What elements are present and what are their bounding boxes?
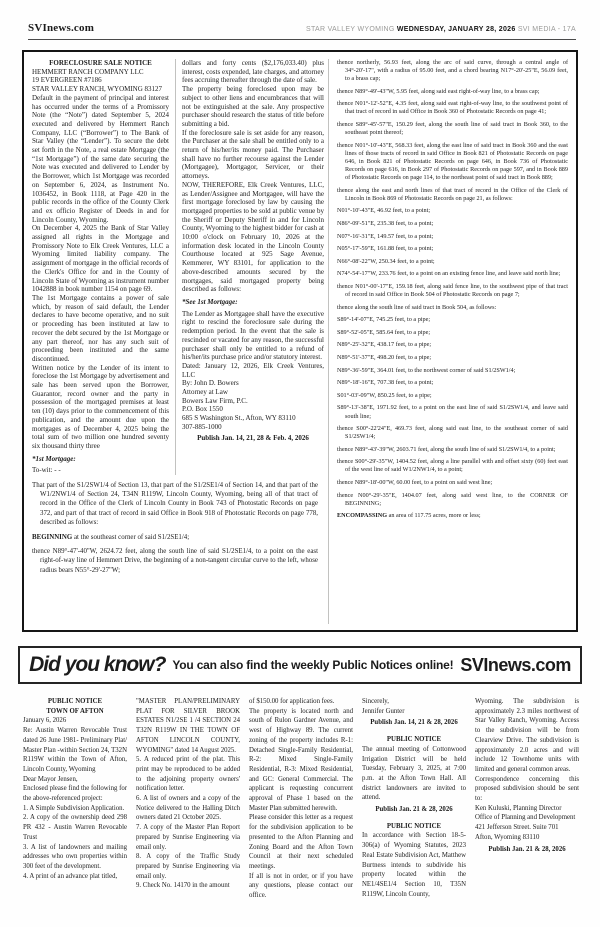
paragraph: Publish Jan. 14, 21 & 28, 2026	[362, 718, 466, 728]
paragraph: thence N89°-47'-40"W, 2624.72 feet, alon…	[32, 547, 318, 575]
banner-message: You can also find the weekly Public Noti…	[172, 658, 453, 672]
paragraph: N07°-16'-31"E, 149.57 feet, to a point;	[337, 233, 568, 241]
paragraph: 6. A list of owners and a copy of the No…	[136, 794, 240, 823]
paragraph: thence N00°-29'-35"E, 1404.07 feet, alon…	[337, 492, 568, 508]
paragraph: thence S00°-22'24"E, 469.73 feet, along …	[337, 425, 568, 441]
paragraph: thence N01°-00'-17"E, 159.18 feet, along…	[337, 283, 568, 299]
issue-location: STAR VALLEY WYOMING	[306, 26, 395, 33]
paragraph: HEMMERT RANCH COMPANY LLC	[32, 68, 169, 77]
paragraph: BEGINNING at the southeast corner of sai…	[32, 533, 318, 542]
paragraph: thence N01°-12'-52"E, 4.35 feet, along s…	[337, 100, 568, 116]
paragraph: Publish Jan. 14, 21, 28 & Feb. 4, 2026	[182, 434, 324, 443]
paragraph: The property is located north and south …	[249, 707, 353, 814]
paragraph: 9. Check No. 14170 in the amount	[136, 881, 240, 891]
paragraph: If the foreclosure sale is set aside for…	[182, 129, 324, 181]
paragraph: FORECLOSURE SALE NOTICE	[32, 59, 169, 68]
page-header: SVInews.com STAR VALLEY WYOMING WEDNESDA…	[28, 22, 576, 40]
paragraph: N66°-08'-22"W, 250.34 feet, to a point;	[337, 258, 568, 266]
paragraph: Afton, Wyoming 83110	[475, 833, 579, 843]
paragraph: N89°-51'-37"E, 498.20 feet, to a pipe;	[337, 354, 568, 362]
paragraph: Jennifer Gunter	[362, 707, 466, 717]
paragraph: 307-885-1000	[182, 423, 324, 432]
paragraph: thence N89°-49'-43"W, 5.95 feet, along s…	[337, 88, 568, 96]
public-notices-section: PUBLIC NOTICETOWN OF AFTONJanuary 6, 202…	[23, 697, 579, 919]
paragraph: thence along the south line of said trac…	[337, 304, 568, 312]
notice-two-columns: FORECLOSURE SALE NOTICEHEMMERT RANCH COM…	[32, 59, 324, 475]
notice-column-1: FORECLOSURE SALE NOTICEHEMMERT RANCH COM…	[32, 59, 175, 475]
paragraph: Default in the payment of principal and …	[32, 94, 169, 225]
paragraph: P.O. Box 1550	[182, 405, 324, 414]
foreclosure-notice-box: FORECLOSURE SALE NOTICEHEMMERT RANCH COM…	[22, 50, 578, 632]
paragraph: To-wit: - -	[32, 466, 169, 475]
paragraph: 19 EVERGREEN #7186	[32, 76, 169, 85]
paragraph: Enclosed please find the following for t…	[23, 784, 127, 803]
paragraph: *1st Mortgage:	[32, 455, 169, 464]
newspaper-page: SVInews.com STAR VALLEY WYOMING WEDNESDA…	[0, 0, 600, 927]
public-notice-column-1: PUBLIC NOTICETOWN OF AFTONJanuary 6, 202…	[23, 697, 127, 919]
paragraph: N89°-18'-16"E, 707.38 feet, to a point;	[337, 379, 568, 387]
paragraph: The Lender as Mortgagee shall have the e…	[182, 310, 324, 362]
paragraph: thence along the east and north lines of…	[337, 187, 568, 203]
paragraph: Dear Mayor Jensen,	[23, 775, 127, 785]
paragraph: thence northerly, 56.93 feet, along the …	[337, 59, 568, 83]
paragraph: N05°-17'-59"E, 161.88 feet, to a point;	[337, 245, 568, 253]
paragraph: 8. A copy of the Traffic Study prepared …	[136, 852, 240, 881]
paragraph: dollars and forty cents ($2,176,033.40) …	[182, 59, 324, 85]
paragraph: If all is not in order, or if you have a…	[249, 872, 353, 901]
paragraph: N74°-54'-17"W, 233.76 feet, to a point o…	[337, 270, 568, 278]
issue-edition: SVI MEDIA - 17A	[518, 26, 576, 33]
paragraph: thence S00°-29'-35"W, 1404.52 feet, alon…	[337, 458, 568, 474]
paragraph: thence N89°-18'-00"W, 60.00 feet, to a p…	[337, 479, 568, 487]
paragraph: Bowers Law Firm, P.C.	[182, 397, 324, 406]
paragraph: That part of the S1/2SW1/4 of Section 13…	[32, 481, 318, 527]
issue-date: WEDNESDAY, JANUARY 28, 2026	[397, 26, 516, 33]
notice-legal-description: That part of the S1/2SW1/4 of Section 13…	[32, 475, 324, 580]
paragraph: In accordance with Section 18-5-306(a) o…	[362, 831, 466, 899]
paragraph: PUBLIC NOTICE	[362, 822, 466, 832]
paragraph: Publish Jan. 21 & 28, 2026	[475, 845, 579, 855]
paragraph: Correspondence concerning this proposed …	[475, 775, 579, 804]
paragraph: The property being foreclosed upon may b…	[182, 85, 324, 129]
paragraph: of $150.00 for application fees.	[249, 697, 353, 707]
paragraph: 5. A reduced print of the plat. This pri…	[136, 755, 240, 794]
paragraph: *See 1st Mortgage:	[182, 298, 324, 307]
public-notice-column-3: of $150.00 for application fees.The prop…	[249, 697, 353, 919]
paragraph: S89°-13'-38"E, 1971.92 feet, to a point …	[337, 404, 568, 420]
paragraph: Re: Austin Warren Revocable Trust dated …	[23, 726, 127, 775]
paragraph: Attorney at Law	[182, 388, 324, 397]
paragraph: Sincerely,	[362, 697, 466, 707]
paragraph: 1. A Simple Subdivision Application.	[23, 804, 127, 814]
paragraph: On December 4, 2025 the Bank of Star Val…	[32, 224, 169, 294]
paragraph: N01°-10'-43"E, 46.92 feet, to a point;	[337, 207, 568, 215]
paragraph: Publish Jan. 21 & 28, 2026	[362, 805, 466, 815]
paragraph: STAR VALLEY RANCH, WYOMING 83127	[32, 85, 169, 94]
paragraph: NOW, THEREFORE, Elk Creek Ventures, LLC,…	[182, 181, 324, 294]
notice-left-area: FORECLOSURE SALE NOTICEHEMMERT RANCH COM…	[32, 59, 324, 624]
paragraph: N89°-25'-32"E, 438.17 feet, to a pipe;	[337, 341, 568, 349]
paragraph: S01°-03'-09"W, 850.25 feet, to a pipe;	[337, 392, 568, 400]
paragraph: thence S89°-45'-57"E, 150.29 feet, along…	[337, 121, 568, 137]
paragraph: The annual meeting of Cottonwood Irrigat…	[362, 745, 466, 803]
public-notice-column-5: Wyoming. The subdivision is approximatel…	[475, 697, 579, 919]
paragraph: Office of Planning and Development	[475, 813, 579, 823]
did-you-know-banner: Did you know? You can also find the week…	[18, 646, 582, 684]
paragraph: Please consider this letter as a request…	[249, 813, 353, 871]
paragraph: 685 S Washington St., Afton, WY 83110	[182, 414, 324, 423]
notice-column-3: thence northerly, 56.93 feet, along the …	[328, 59, 568, 624]
paragraph: Written notice by the Lender of its inte…	[32, 364, 169, 451]
paragraph: TOWN OF AFTON	[23, 707, 127, 717]
paragraph: thence N89°-43'-39"W, 2603.71 feet, alon…	[337, 446, 568, 454]
paragraph: 3. A list of landowners and mailing addr…	[23, 843, 127, 872]
paragraph: Wyoming. The subdivision is approximatel…	[475, 697, 579, 775]
paragraph: January 6, 2026	[23, 716, 127, 726]
paragraph: N86°-09'-51"E, 235.38 feet, to a point;	[337, 220, 568, 228]
paragraph: thence N01°-10'-43"E, 568.33 feet, along…	[337, 142, 568, 182]
paragraph: "MASTER PLAN/PRELIMINARY PLAT FOR SILVER…	[136, 697, 240, 755]
paragraph: ENCOMPASSING an area of 117.75 acres, mo…	[337, 512, 568, 520]
banner-site-name: SVInews.com	[460, 655, 571, 676]
notice-column-2: dollars and forty cents ($2,176,033.40) …	[175, 59, 324, 475]
paragraph: PUBLIC NOTICE	[362, 735, 466, 745]
paragraph: N89°-36'-59"E, 364.01 feet, to the north…	[337, 367, 568, 375]
paragraph: 7. A copy of the Master Plan Report prep…	[136, 823, 240, 852]
paragraph: Dated: January 12, 2026, Elk Creek Ventu…	[182, 362, 324, 379]
paragraph: Ken Kuluski, Planning Director	[475, 804, 579, 814]
paragraph: S89°-52'-05"E, 585.64 feet, to a pipe;	[337, 329, 568, 337]
paragraph: PUBLIC NOTICE	[23, 697, 127, 707]
paragraph: The 1st Mortgage contains a power of sal…	[32, 294, 169, 364]
public-notice-column-2: "MASTER PLAN/PRELIMINARY PLAT FOR SILVER…	[136, 697, 240, 919]
paragraph: 4. A print of an advance plat titled,	[23, 872, 127, 882]
paragraph: 421 Jefferson Street. Suite 701	[475, 823, 579, 833]
paragraph: 2. A copy of the ownership deed 298 PR 4…	[23, 813, 127, 842]
public-notice-column-4: Sincerely,Jennifer GunterPublish Jan. 14…	[362, 697, 466, 919]
site-name: SVInews.com	[28, 22, 94, 34]
paragraph: S89°-14'-07"E, 745.25 feet, to a pipe;	[337, 316, 568, 324]
paragraph: By: John D. Bowers	[182, 379, 324, 388]
issue-info: STAR VALLEY WYOMING WEDNESDAY, JANUARY 2…	[306, 26, 576, 33]
banner-lead-text: Did you know?	[29, 653, 165, 677]
